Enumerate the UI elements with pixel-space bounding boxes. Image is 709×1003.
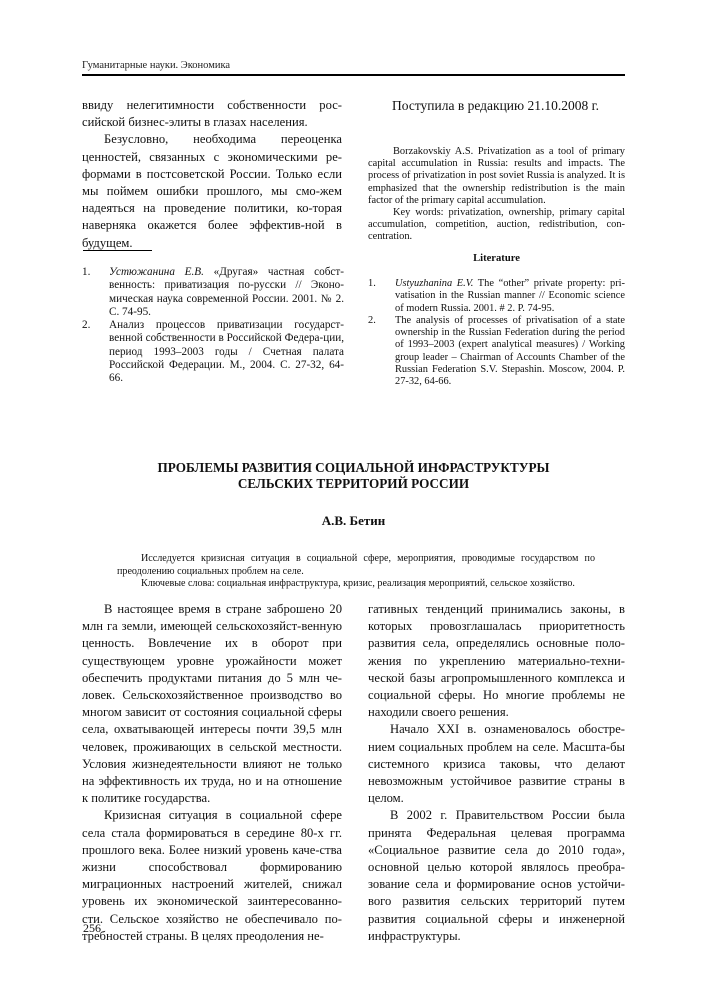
reference-item: 1. Ustyuzhanina E.V. The “other” private… xyxy=(368,278,625,315)
paragraph: В 2002 г. Правительством России была при… xyxy=(368,807,625,945)
literature-heading: Literature xyxy=(368,253,625,264)
received-date: Поступила в редакцию 21.10.2008 г. xyxy=(392,98,599,114)
reference-item: 2. Анализ процессов приватизации государ… xyxy=(82,319,344,385)
reference-text: Анализ процессов приватизации государст-… xyxy=(109,319,344,384)
article-title: ПРОБЛЕМЫ РАЗВИТИЯ СОЦИАЛЬНОЙ ИНФРАСТРУКТ… xyxy=(82,460,625,492)
paragraph: Начало XXI в. ознаменовалось обостре-ние… xyxy=(368,721,625,807)
references-en: 1. Ustyuzhanina E.V. The “other” private… xyxy=(368,278,625,389)
title-line-2: СЕЛЬСКИХ ТЕРРИТОРИЙ РОССИИ xyxy=(82,476,625,492)
reference-author: Устюжанина Е.В. xyxy=(109,266,204,278)
reference-author: Ustyuzhanina E.V. xyxy=(395,278,473,289)
reference-item: 2. The analysis of processes of privatis… xyxy=(368,315,625,389)
page-number: 256 xyxy=(83,921,101,936)
reference-number: 1. xyxy=(368,278,376,290)
abstract-text: Исследуется кризисная ситуация в социаль… xyxy=(117,553,595,578)
article-author: А.В. Бетин xyxy=(82,513,625,529)
paragraph: Кризисная ситуация в социальной сфере се… xyxy=(82,807,342,945)
body-column-left: В настоящее время в стране заброшено 20 … xyxy=(82,601,342,945)
keywords: Ключевые слова: социальная инфраструктур… xyxy=(117,578,595,591)
paragraph: Безусловно, необходима переоценка ценнос… xyxy=(82,131,342,251)
reference-text: The analysis of processes of privatisati… xyxy=(395,315,625,387)
article-abstract: Исследуется кризисная ситуация в социаль… xyxy=(117,553,595,591)
summary-text: Borzakovskiy A.S. Privatization as a too… xyxy=(368,146,625,207)
prev-article-tail: ввиду нелегитимности собственности рос-с… xyxy=(82,97,342,252)
english-summary: Borzakovskiy A.S. Privatization as a too… xyxy=(368,146,625,244)
title-line-1: ПРОБЛЕМЫ РАЗВИТИЯ СОЦИАЛЬНОЙ ИНФРАСТРУКТ… xyxy=(82,460,625,476)
running-head: Гуманитарные науки. Экономика xyxy=(82,60,230,71)
reference-number: 2. xyxy=(82,319,90,332)
paragraph: ввиду нелегитимности собственности рос-с… xyxy=(82,97,342,131)
reference-number: 1. xyxy=(82,266,90,279)
reference-number: 2. xyxy=(368,315,376,327)
paragraph: гативных тенденций принимались законы, в… xyxy=(368,601,625,721)
references-divider xyxy=(83,250,152,251)
reference-item: 1. Устюжанина Е.В. «Другая» частная собс… xyxy=(82,266,344,319)
references-ru: 1. Устюжанина Е.В. «Другая» частная собс… xyxy=(82,266,344,386)
header-rule xyxy=(82,74,625,76)
paragraph: В настоящее время в стране заброшено 20 … xyxy=(82,601,342,807)
body-column-right: гативных тенденций принимались законы, в… xyxy=(368,601,625,945)
keywords-en: Key words: privatization, ownership, pri… xyxy=(368,207,625,244)
